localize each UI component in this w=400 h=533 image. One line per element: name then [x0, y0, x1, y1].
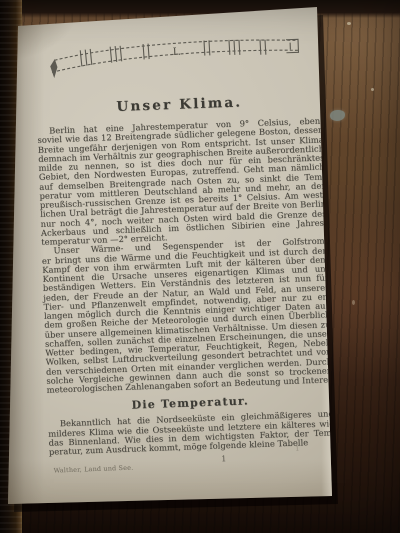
paragraph-2: Unser Wärme- und Segenspender ist der Go… — [41, 237, 332, 395]
wood-speck — [352, 300, 355, 305]
wood-speck — [347, 22, 351, 25]
book-page: I. Unser Klima. Berlin hat eine Jahreste… — [4, 4, 338, 510]
chapter-title: Unser Klima. — [36, 91, 322, 117]
chapter-ornament: I. — [46, 34, 309, 80]
wood-speck — [371, 88, 374, 91]
page-content: I. Unser Klima. Berlin hat eine Jahreste… — [34, 34, 336, 478]
paragraph-3: Bekanntlich hat die Nordseeküste ein gle… — [48, 410, 335, 457]
book-photo: I. Unser Klima. Berlin hat eine Jahreste… — [0, 0, 400, 533]
signature-number: 1 — [221, 454, 226, 463]
footer-catchline: Walther, Land und See. — [54, 464, 134, 475]
paragraph-1: Berlin hat eine Jahrestemperatur von 9° … — [37, 116, 327, 247]
margin-mark: 1 — [295, 445, 300, 453]
